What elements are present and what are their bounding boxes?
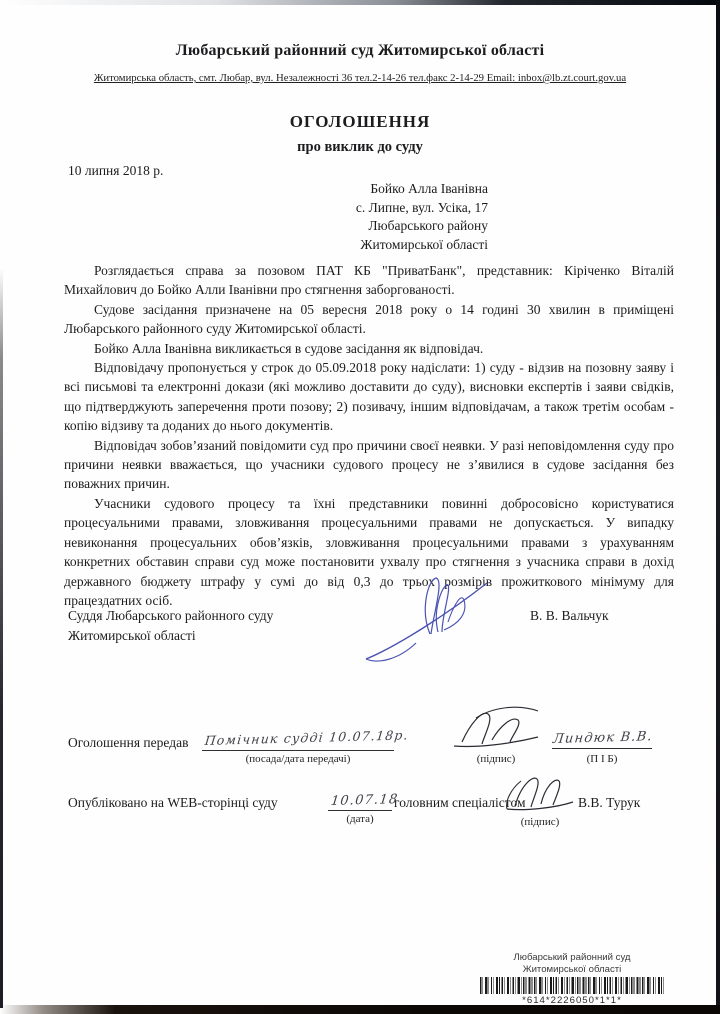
- paragraph-summons: Бойко Алла Іванівна викликається в судов…: [64, 339, 674, 358]
- barcode: [480, 977, 664, 994]
- addressee-street: с. Липне, вул. Усіка, 17: [356, 199, 488, 218]
- scan-border-top: [0, 0, 720, 5]
- scan-border-bottom: [0, 1005, 720, 1014]
- addressee-block: Бойко Алла Іванівна с. Липне, вул. Усіка…: [356, 180, 488, 254]
- document-subtitle: про виклик до суду: [0, 139, 720, 156]
- addressee-region: Житомирської області: [356, 236, 488, 255]
- scan-border-left: [0, 268, 3, 1008]
- transfer-handwritten-entry: Помічник судді 10.07.18р.: [204, 727, 410, 748]
- transfer-entry-line: Помічник судді 10.07.18р.: [202, 726, 394, 751]
- judge-position-line2: Житомирської області: [68, 626, 273, 646]
- document-body: Розглядається справа за позовом ПАТ КБ "…: [64, 261, 674, 610]
- paragraph-case: Розглядається справа за позовом ПАТ КБ "…: [64, 261, 674, 300]
- specialist-name: В.В. Турук: [578, 795, 640, 811]
- transfer-label: Оголошення передав: [68, 735, 188, 751]
- publication-caption-signature: (підпис): [503, 816, 577, 828]
- transfer-caption-pib: (П І Б): [558, 753, 646, 765]
- publication-caption-date: (дата): [328, 813, 392, 825]
- stamp-region: Житомирської області: [474, 964, 670, 976]
- barcode-number: *614*2226050*1*1*: [474, 995, 670, 1006]
- addressee-name: Бойко Алла Іванівна: [356, 180, 488, 199]
- publication-label: Опубліковано на WEB-сторінці суду: [68, 795, 278, 811]
- court-name-heading: Любарський районний суд Житомирської обл…: [0, 42, 720, 60]
- judge-position-line1: Суддя Любарського районного суду: [68, 606, 273, 626]
- document-title: ОГОЛОШЕННЯ: [0, 112, 720, 132]
- court-barcode-stamp: Любарський районний суд Житомирської обл…: [474, 952, 670, 1006]
- judge-signature: [358, 572, 493, 667]
- paragraph-absence: Відповідач зобов’язаний повідомити суд п…: [64, 436, 674, 494]
- publication-handwritten-date: 10.07.18: [330, 792, 399, 809]
- transfer-handwritten-name: Линдюк В.В.: [552, 729, 654, 747]
- document-date: 10 липня 2018 р.: [68, 163, 163, 179]
- transfer-caption-position-date: (посада/дата передачі): [202, 753, 394, 765]
- judge-position-block: Суддя Любарського районного суду Житомир…: [68, 606, 273, 645]
- stamp-court-name: Любарський районний суд: [474, 952, 670, 964]
- publication-date-line: 10.07.18: [328, 788, 392, 811]
- judge-name: В. В. Вальчук: [530, 608, 609, 624]
- scanned-court-document: Любарський районний суд Житомирської обл…: [0, 0, 720, 1014]
- court-contact-line: Житомирська область, смт. Любар, вул. Не…: [0, 72, 720, 84]
- paragraph-hearing: Судове засідання призначене на 05 вересн…: [64, 300, 674, 339]
- transfer-name-line: Линдюк В.В.: [552, 724, 652, 749]
- transfer-caption-signature: (підпис): [452, 753, 540, 765]
- paragraph-response: Відповідачу пропонується у строк до 05.0…: [64, 358, 674, 436]
- addressee-district: Любарського району: [356, 217, 488, 236]
- transfer-signature: [448, 702, 543, 752]
- publication-signature: [503, 773, 577, 815]
